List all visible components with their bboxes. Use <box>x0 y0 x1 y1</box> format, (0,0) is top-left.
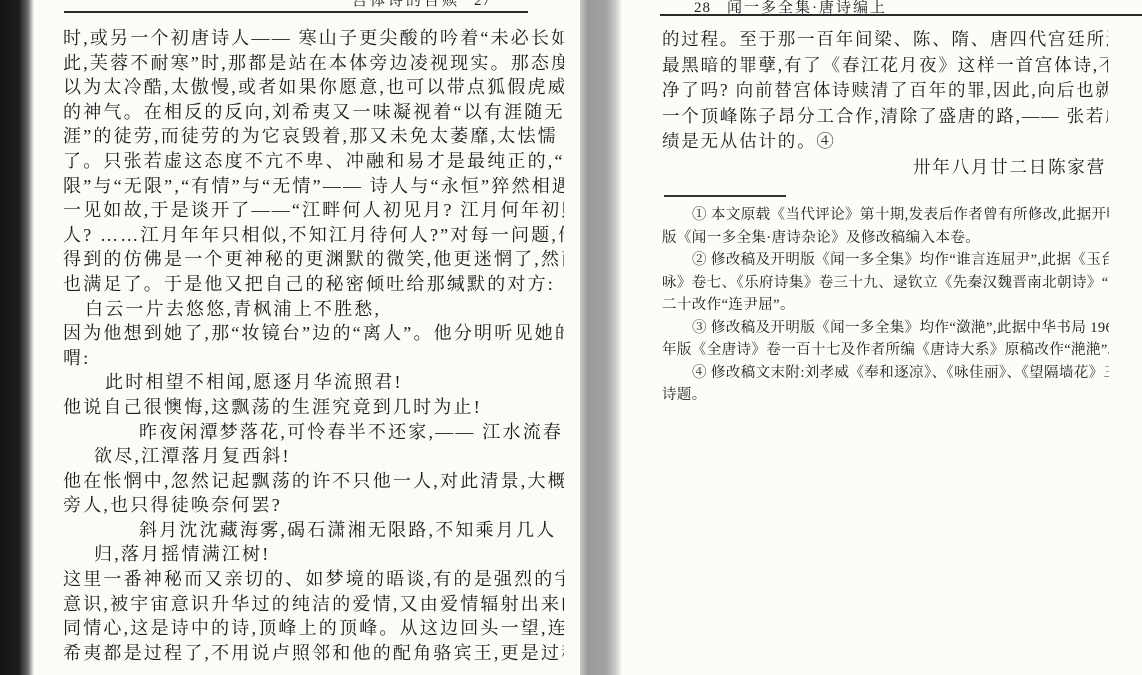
text-line: 同情心,这是诗中的诗,顶峰上的顶峰。从这边回头一望,连刘 <box>63 616 564 641</box>
text-line: 此,芙蓉不耐寒”时,那都是站在本体旁边凌视现实。那态度我 <box>63 51 564 76</box>
scanned-book-spread: { "book": { "left_page": { "running_titl… <box>0 0 1142 675</box>
poem-line: 白云一片去悠悠,青枫浦上不胜愁, <box>63 297 564 322</box>
text-line: 绩是无从估计的。④ <box>662 129 1108 155</box>
footnote-line: ② 修改稿及开明版《闻一多全集》均作“谁言连屈尹”,此据《玉台新 <box>662 249 1109 272</box>
poem-line: 昨夜闲潭梦落花,可怜春半不还家,—— 江水流春去 <box>63 420 564 445</box>
footnote-line: 年版《全唐诗》卷一百十七及作者所编《唐诗大系》原稿改作“滟滟”。 <box>662 339 1109 362</box>
left-header-rule <box>64 11 528 13</box>
footnote-line: ④ 修改稿文末附:刘孝威《奉和逐凉》、《咏佳丽》、《望隔墙花》三篇 <box>662 362 1109 385</box>
scan-shadow-left-edge <box>0 0 34 675</box>
left-page-number: 27 <box>474 0 491 8</box>
text-line: 喟: <box>63 346 564 371</box>
text-line: 他说自己很懊悔,这飘荡的生涯究竟到几时为止! <box>63 395 564 420</box>
poem-line: 欲尽,江潭落月复西斜! <box>63 444 564 469</box>
footnote-line: ① 本文原载《当代评论》第十期,发表后作者曾有所修改,此据开明 <box>662 204 1109 227</box>
text-line: 的过程。至于那一百年间梁、陈、隋、唐四代宫廷所遗下的那份 <box>662 27 1108 53</box>
text-line: 的神气。在相反的反向,刘希夷又一味凝视着“以有涯随无 <box>63 100 564 125</box>
book-gutter-shadow <box>580 0 622 675</box>
footnote-line: ③ 修改稿及开明版《闻一多全集》均作“潋滟”,此据中华书局 1960 <box>662 317 1109 340</box>
text-line: 最黑暗的罪孽,有了《春江花月夜》这样一首宫体诗,不也就洗 <box>662 53 1108 79</box>
text-line: 以为太冷酷,太傲慢,或者如果你愿意,也可以带点狐假虎威 <box>63 75 564 100</box>
right-header-rule <box>660 14 1142 16</box>
text-line: 得到的仿佛是一个更神秘的更渊默的微笑,他更迷惘了,然而 <box>63 247 564 272</box>
poem-line: 此时相望不相闻,愿逐月华流照君! <box>63 370 564 395</box>
poem-line: 斜月沈沈藏海雾,碣石潇湘无限路,不知乘月几人 <box>63 518 564 543</box>
footnote-line: 诗题。 <box>662 384 1109 407</box>
text-line: 这里一番神秘而又亲切的、如梦境的晤谈,有的是强烈的宇宙 <box>63 567 564 592</box>
left-page-body: 时,或另一个初唐诗人—— 寒山子更尖酸的吟着“未必长如 此,芙蓉不耐寒”时,那都… <box>63 26 564 665</box>
poem-line: 归,落月摇情满江树! <box>63 542 564 567</box>
text-line: 也满足了。于是他又把自己的秘密倾吐给那缄默的对方: <box>63 272 564 297</box>
text-line: 限”与“无限”,“有情”与“无情”—— 诗人与“永恒”猝然相遇, <box>63 174 564 199</box>
text-line: 净了吗? 向前替宫体诗赎清了百年的罪,因此,向后也就和另 <box>662 78 1108 104</box>
text-line: 时,或另一个初唐诗人—— 寒山子更尖酸的吟着“未必长如 <box>63 26 564 51</box>
text-line: 了。只张若虚这态度不亢不卑、冲融和易才是最纯正的,“有 <box>63 149 564 174</box>
date-signature-line: 卅年八月廿二日陈家营 <box>662 155 1108 181</box>
footnote-line: 二十改作“连尹屈”。 <box>662 294 1109 317</box>
left-running-header: 宫体诗的自赎27 <box>352 0 582 8</box>
text-line: 因为他想到她了,那“妆镜台”边的“离人”。他分明听见她的叹 <box>63 321 564 346</box>
text-line: 人? ……江月年年只相似,不知江月待何人?”对每一问题,他 <box>63 223 564 248</box>
left-running-title: 宫体诗的自赎 <box>352 0 460 8</box>
text-line: 希夷都是过程了,不用说卢照邻和他的配角骆宾王,更是过程 <box>63 641 564 666</box>
footnote-separator-rule <box>664 195 786 197</box>
text-line: 旁人,也只得徒唤奈何罢? <box>63 493 564 518</box>
text-line: 一见如故,于是谈开了——“江畔何人初见月? 江月何年初照 <box>63 198 564 223</box>
right-page-body: 的过程。至于那一百年间梁、陈、隋、唐四代宫廷所遗下的那份 最黑暗的罪孽,有了《春… <box>662 27 1108 180</box>
footnote-line: 咏》卷七、《乐府诗集》卷三十九、逯钦立《先秦汉魏晋南北朝诗》“梁诗”卷 <box>662 272 1109 295</box>
footnotes: ① 本文原载《当代评论》第十期,发表后作者曾有所修改,此据开明 版《闻一多全集·… <box>662 204 1109 407</box>
text-line: 他在怅惘中,忽然记起飘荡的许不只他一人,对此清景,大概 <box>63 469 564 494</box>
text-line: 涯”的徒劳,而徒劳的为它哀毁着,那又未免太萎靡,太怯懦 <box>63 124 564 149</box>
text-line: 意识,被宇宙意识升华过的纯洁的爱情,又由爱情辐射出来的 <box>63 592 564 617</box>
footnote-line: 版《闻一多全集·唐诗杂论》及修改稿编入本卷。 <box>662 227 1109 250</box>
text-line: 一个顶峰陈子昂分工合作,清除了盛唐的路,—— 张若虚的功 <box>662 104 1108 130</box>
